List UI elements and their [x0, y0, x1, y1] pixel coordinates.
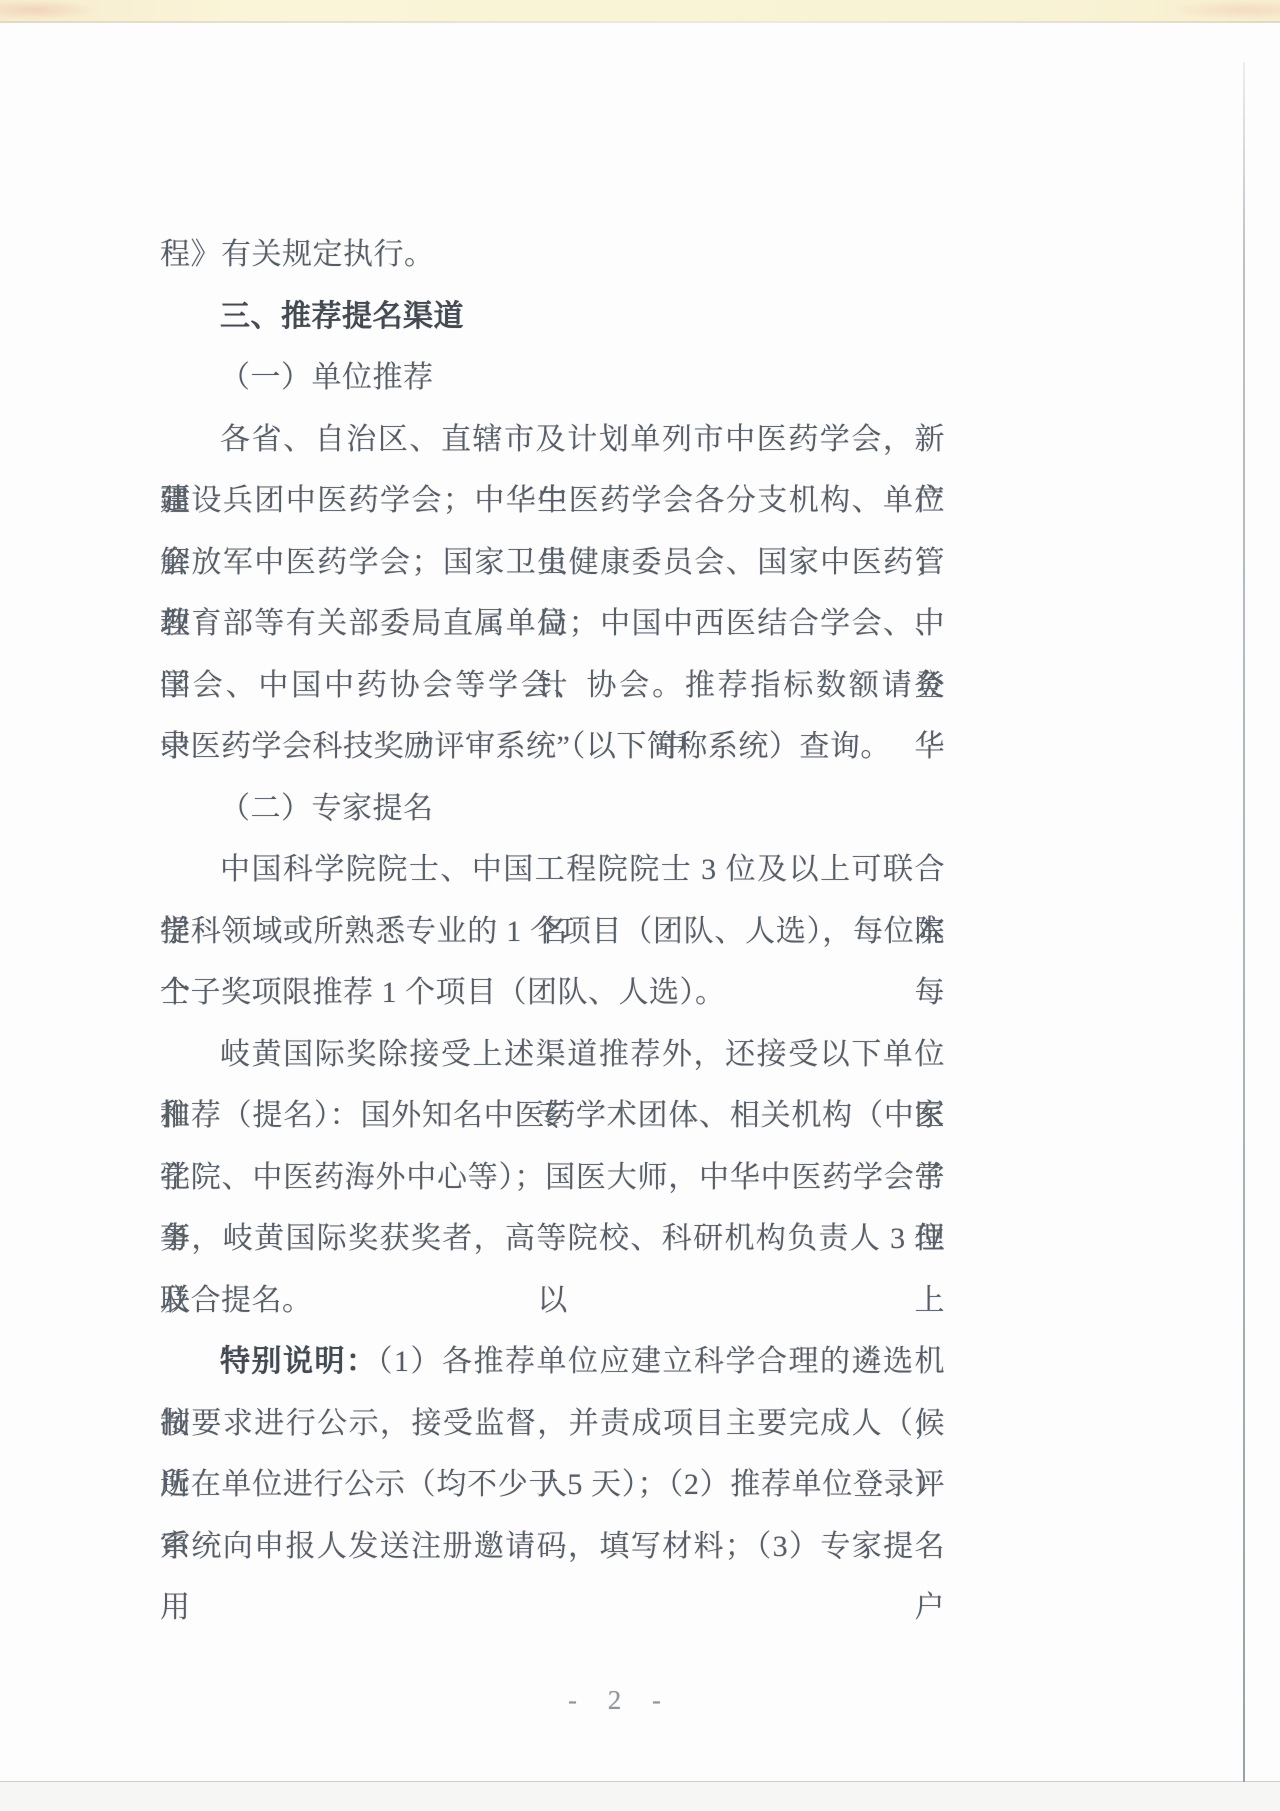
body-line: 按要求进行公示，接受监督，并责成项目主要完成人（候选人）	[160, 1393, 945, 1455]
subsection-heading: （一）单位推荐	[160, 347, 945, 409]
section-heading: 三、推荐提名渠道	[160, 286, 945, 348]
body-line: 事，岐黄国际奖获奖者，高等院校、科研机构负责人 3 位及以上	[160, 1208, 945, 1270]
page-fold-line-vertical	[1243, 62, 1245, 1782]
scan-bottom-margin	[0, 1782, 1280, 1811]
body-line: 解放军中医药学会；国家卫生健康委员会、国家中医药管理局、	[160, 532, 945, 594]
body-line: 推荐（提名）：国外知名中医药学术团体、相关机构（中医孔子	[160, 1085, 945, 1147]
body-line: 教育部等有关部委局直属单位；中国中西医结合学会、中国针灸	[160, 593, 945, 655]
body-line: 学院、中医药海外中心等）；国医大师，中华中医药学会常务理	[160, 1147, 945, 1209]
body-line: 中国科学院院士、中国工程院院士 3 位及以上可联合提名本	[160, 839, 945, 901]
scanned-document-page: 程》有关规定执行。 三、推荐提名渠道 （一）单位推荐 各省、自治区、直辖市及计划…	[0, 0, 1280, 1811]
body-line: 各省、自治区、直辖市及计划单列市中医药学会，新疆生产	[160, 409, 945, 471]
body-line-special-note: 特别说明：（1）各推荐单位应建立科学合理的遴选机制，	[160, 1331, 945, 1393]
body-line: 岐黄国际奖除接受上述渠道推荐外，还接受以下单位和专家	[160, 1024, 945, 1086]
body-line: 系统向申报人发送注册邀请码，填写材料；（3）专家提名用户	[160, 1516, 945, 1578]
page-number: - 2 -	[0, 1680, 1238, 1720]
body-line: 学科领域或所熟悉专业的 1 个项目（团队、人选），每位院士每	[160, 901, 945, 963]
body-line: 所在单位进行公示（均不少于 5 天）；（2）推荐单位登录评审	[160, 1454, 945, 1516]
body-line: 中医药学会科技奖励评审系统”（以下简称系统）查询。	[160, 716, 945, 778]
body-line: 程》有关规定执行。	[160, 224, 945, 286]
body-line: 学会、中国中药协会等学会、协会。推荐指标数额请登录“中华	[160, 655, 945, 717]
scan-top-edge-shadow	[0, 21, 1280, 23]
scan-top-edge-band	[0, 0, 1280, 21]
special-note-label: 特别说明：	[220, 1345, 378, 1378]
subsection-heading: （二）专家提名	[160, 778, 945, 840]
body-line: 建设兵团中医药学会；中华中医药学会各分支机构、单位会员；	[160, 470, 945, 532]
document-body: 程》有关规定执行。 三、推荐提名渠道 （一）单位推荐 各省、自治区、直辖市及计划…	[160, 224, 945, 1577]
